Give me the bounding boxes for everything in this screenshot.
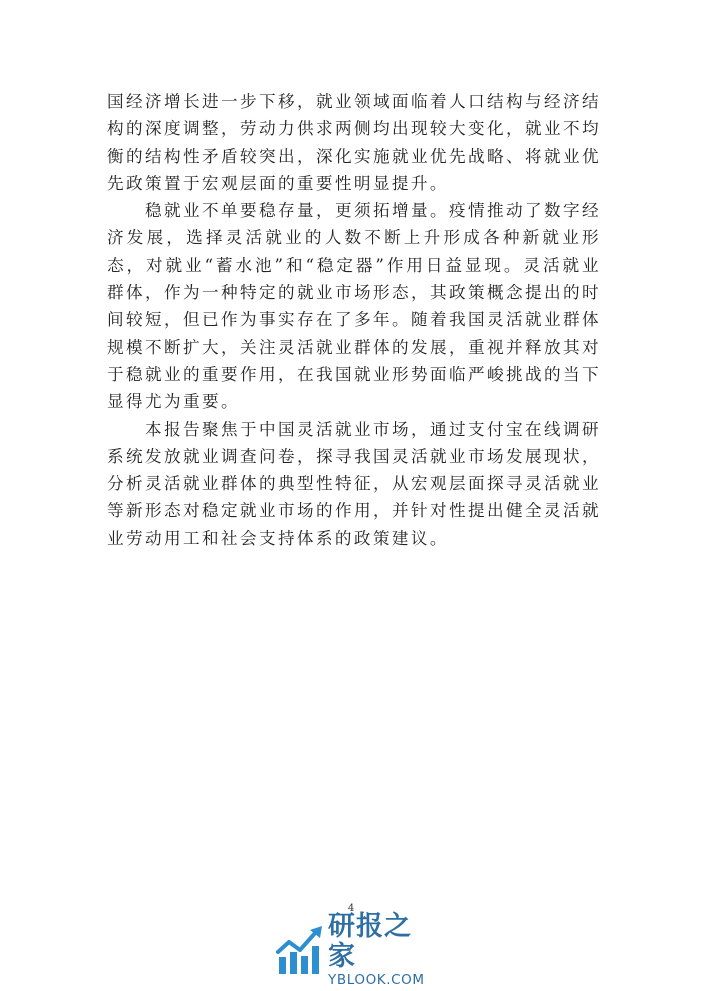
watermark-text: 研报之家 YBLOOK.COM (328, 912, 436, 988)
watermark-logo: 研报之家 YBLOOK.COM (276, 924, 436, 976)
watermark-title-en: YBLOOK.COM (328, 973, 436, 988)
document-page: 国经济增长进一步下移，就业领域面临着人口结构与经济结构的深度调整，劳动力供求两侧… (0, 0, 702, 991)
paragraph-stabilize-employment: 稳就业不单要稳存量，更须拓增量。疫情推动了数字经济发展，选择灵活就业的人数不断上… (107, 197, 601, 415)
watermark-title-cn: 研报之家 (328, 912, 436, 972)
paragraph-report-focus: 本报告聚焦于中国灵活就业市场，通过支付宝在线调研系统发放就业调查问卷，探寻我国灵… (107, 416, 601, 552)
body-text: 国经济增长进一步下移，就业领域面临着人口结构与经济结构的深度调整，劳动力供求两侧… (107, 88, 601, 552)
paragraph-continuation: 国经济增长进一步下移，就业领域面临着人口结构与经济结构的深度调整，劳动力供求两侧… (107, 88, 601, 197)
bar-chart-trend-up-icon (276, 924, 324, 976)
